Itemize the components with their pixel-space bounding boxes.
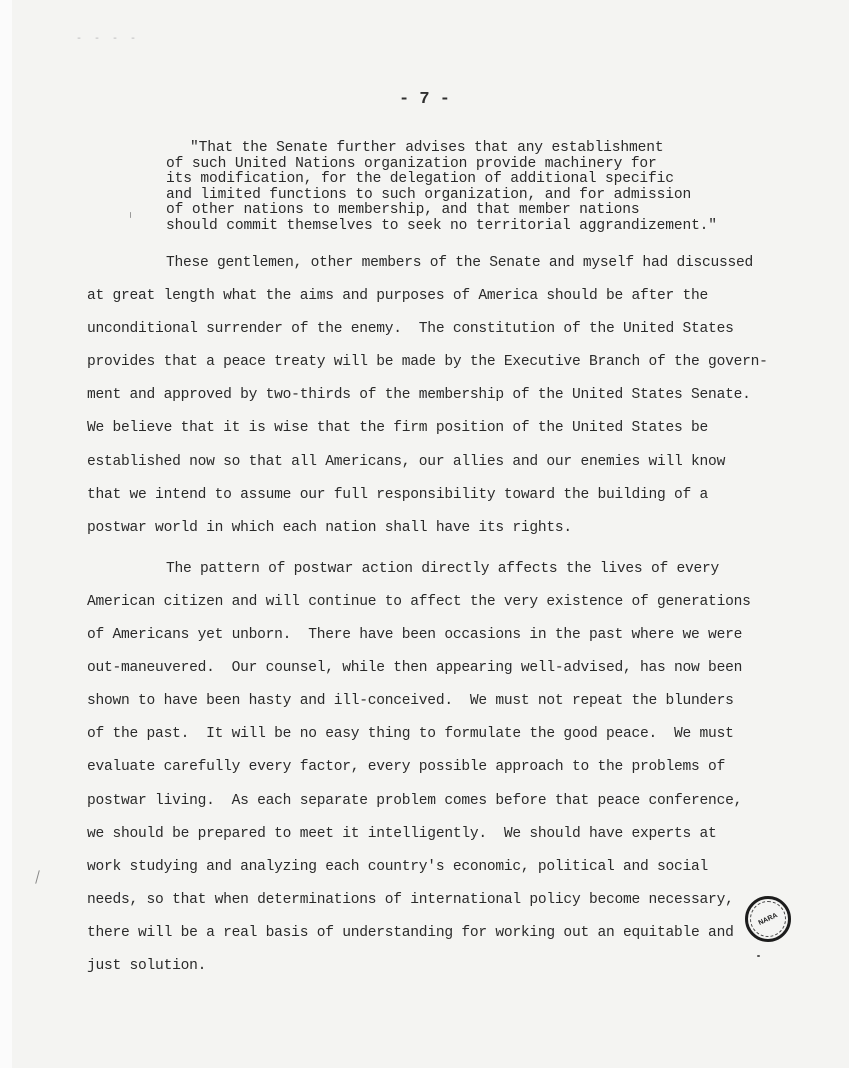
body-line: work studying and analyzing each country… xyxy=(87,857,767,890)
body-line: shown to have been hasty and ill-conceiv… xyxy=(87,691,767,724)
body-line: ment and approved by two-thirds of the m… xyxy=(87,385,767,418)
paragraph-postwar-action: The pattern of postwar action directly a… xyxy=(87,559,767,989)
body-line: we should be prepared to meet it intelli… xyxy=(87,824,767,857)
speck xyxy=(130,212,131,218)
body-line: The pattern of postwar action directly a… xyxy=(87,559,767,592)
body-line: unconditional surrender of the enemy. Th… xyxy=(87,319,767,352)
body-line: We believe that it is wise that the firm… xyxy=(87,418,767,451)
quote-line: its modification, for the delegation of … xyxy=(166,172,726,188)
body-line: provides that a peace treaty will be mad… xyxy=(87,352,767,385)
body-line: These gentlemen, other members of the Se… xyxy=(87,253,767,286)
body-line: postwar living. As each separate problem… xyxy=(87,791,767,824)
body-line: evaluate carefully every factor, every p… xyxy=(87,757,767,790)
body-line: needs, so that when determinations of in… xyxy=(87,890,767,923)
body-line: of the past. It will be no easy thing to… xyxy=(87,724,767,757)
quote-line: and limited functions to such organizati… xyxy=(166,188,726,204)
top-margin-marks: - - - - xyxy=(76,34,139,45)
body-line: established now so that all Americans, o… xyxy=(87,452,767,485)
page-number: - 7 - xyxy=(0,90,849,109)
body-line: there will be a real basis of understand… xyxy=(87,923,767,956)
senate-resolution-quote: "That the Senate further advises that an… xyxy=(166,141,726,235)
quote-line: of such United Nations organization prov… xyxy=(166,157,726,173)
paragraph-aims-of-america: These gentlemen, other members of the Se… xyxy=(87,253,767,551)
body-line: postwar world in which each nation shall… xyxy=(87,518,767,551)
quote-line: of other nations to membership, and that… xyxy=(166,203,726,219)
quote-line: "That the Senate further advises that an… xyxy=(166,141,726,157)
speck xyxy=(35,870,40,884)
document-page: - - - - - 7 - "That the Senate further a… xyxy=(0,0,849,1068)
truman-library-stamp-icon: NARA xyxy=(745,896,791,942)
body-line: at great length what the aims and purpos… xyxy=(87,286,767,319)
body-line: out-maneuvered. Our counsel, while then … xyxy=(87,658,767,691)
body-line: of Americans yet unborn. There have been… xyxy=(87,625,767,658)
body-line: American citizen and will continue to af… xyxy=(87,592,767,625)
body-line: that we intend to assume our full respon… xyxy=(87,485,767,518)
speck xyxy=(757,955,760,957)
quote-line: should commit themselves to seek no terr… xyxy=(166,219,726,235)
body-line: just solution. xyxy=(87,956,767,989)
body-text: These gentlemen, other members of the Se… xyxy=(87,253,767,989)
